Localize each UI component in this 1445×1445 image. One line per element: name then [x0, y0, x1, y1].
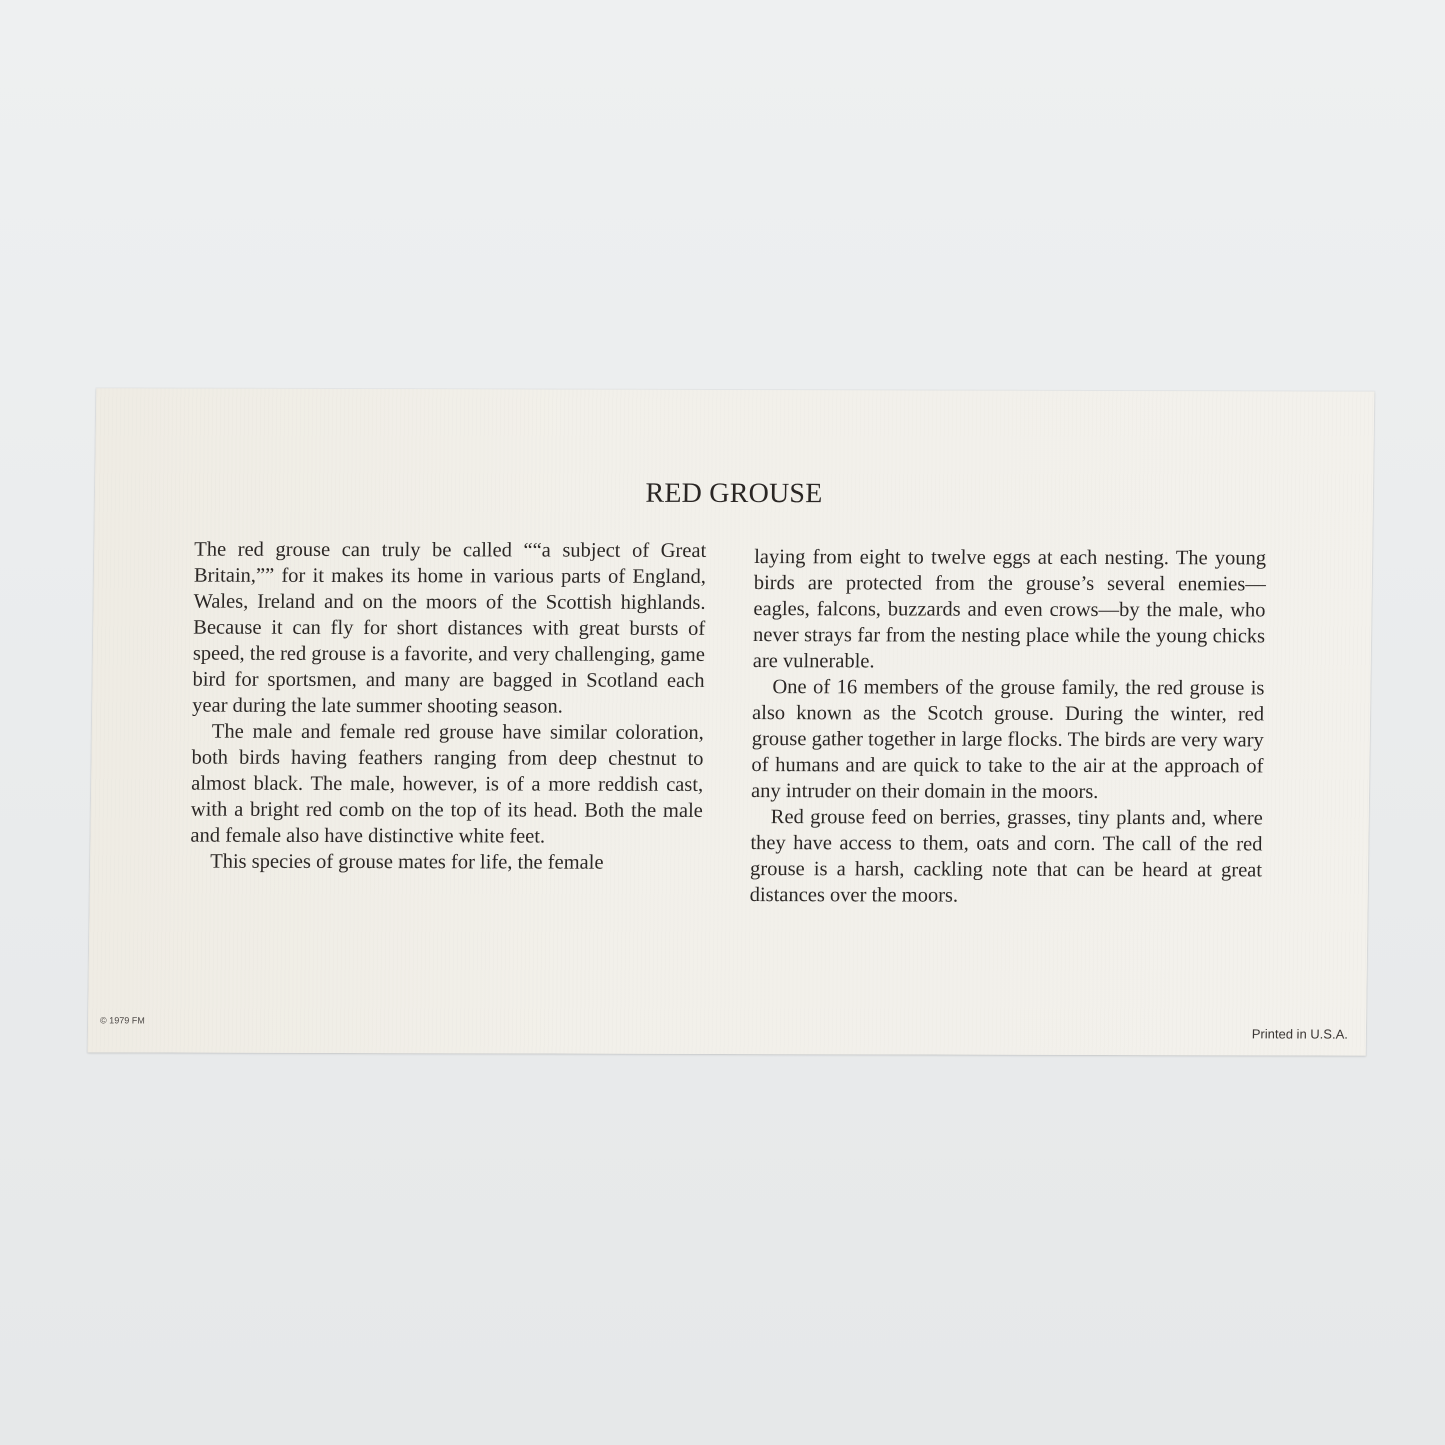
- printed-in-label: Printed in U.S.A.: [1252, 1026, 1348, 1041]
- left-column: The red grouse can truly be called ““a s…: [190, 537, 706, 876]
- paragraph-4: One of 16 members of the grouse family, …: [751, 674, 1265, 805]
- paragraph-3-start: This species of grouse mates for life, t…: [190, 849, 702, 876]
- paragraph-2: The male and female red grouse have simi…: [190, 719, 704, 850]
- copyright-notice: © 1979 FM: [100, 1015, 145, 1025]
- paragraph-1: The red grouse can truly be called ““a s…: [192, 537, 706, 720]
- paragraph-3-continued: laying from eight to twelve eggs at each…: [753, 544, 1267, 675]
- info-card: RED GROUSE The red grouse can truly be c…: [88, 388, 1375, 1055]
- card-title: RED GROUSE: [95, 476, 1373, 511]
- paragraph-5: Red grouse feed on berries, grasses, tin…: [750, 804, 1263, 909]
- right-column: laying from eight to twelve eggs at each…: [750, 544, 1267, 909]
